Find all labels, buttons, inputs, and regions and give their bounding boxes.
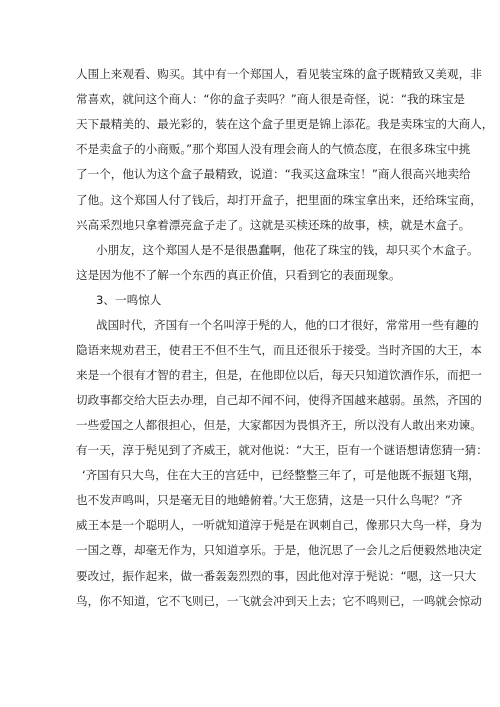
text-line: 常喜欢，就问这个商人：“你的盒子卖吗？”商人很是奇怪，说：“我的珠宝是	[76, 89, 436, 109]
section-heading: 3、一鸣惊人	[96, 290, 456, 310]
text-line: 切政事都交给大臣去办理，自己却不闻不问，使得齐国越来越弱。虽然，齐国的	[76, 390, 436, 410]
text-line: 小朋友，这个郑国人是不是很愚蠢啊，他花了珠宝的钱，却只买个木盒子。	[96, 240, 456, 260]
text-line: 这是因为他不了解一个东西的真正价值，只看到它的表面现象。	[76, 265, 436, 285]
text-line: 要改过，振作起来，做一番轰轰烈烈的事，因此他对淳于髡说：“嗯，这一只大	[76, 566, 436, 586]
text-line: 不是卖盒子的小商贩。”那个郑国人没有理会商人的气愤态度，在很多珠宝中挑	[76, 139, 436, 159]
text-line: 人围上来观看、购买。其中有一个郑国人，看见装宝珠的盒子既精致又美观，非	[76, 64, 436, 84]
text-line: 也不发声鸣叫，只是毫无目的地蜷俯着。’大王您猜，这是一只什么鸟呢？”齐	[76, 490, 436, 510]
text-line: 来是一个很有才智的君主，但是，在他即位以后，每天只知道饮酒作乐，而把一	[76, 365, 436, 385]
text-line: 一些爱国之人都很担心，但是，大家都因为畏惧齐王，所以没有人敢出来劝谏。	[76, 415, 436, 435]
text-line: 兴高采烈地只拿着漂亮盒子走了。这就是买椟还珠的故事，椟，就是木盒子。	[76, 215, 436, 235]
text-line: 战国时代，齐国有一个名叫淳于髡的人，他的口才很好，常常用一些有趣的	[96, 315, 456, 335]
document-page: 人围上来观看、购买。其中有一个郑国人，看见装宝珠的盒子既精致又美观，非 常喜欢，…	[0, 0, 500, 707]
text-line: 威王本是一个聪明人，一听就知道淳于髡是在讽刺自己，像那只大鸟一样，身为	[76, 515, 436, 535]
text-line: 天下最精美的、最光彩的，装在这个盒子里更是锦上添花。我是卖珠宝的大商人，	[76, 114, 436, 134]
text-line: ‘齐国有只大鸟，住在大王的宫廷中，已经整整三年了，可是他既不振翅飞翔，	[82, 465, 442, 485]
text-line: 有一天，淳于髡见到了齐威王，就对他说：“大王，臣有一个谜语想请您猜一猜：	[76, 440, 436, 460]
text-line: 一国之尊，却毫无作为，只知道享乐。于是，他沉思了一会儿之后便毅然地决定	[76, 540, 436, 560]
text-line: 鸟，你不知道，它不飞则已，一飞就会冲到天上去；它不鸣则已，一鸣就会惊动	[76, 591, 436, 611]
text-line: 了一个，他认为这个盒子最精致，说道：“我买这盒珠宝！”商人很高兴地卖给	[76, 164, 436, 184]
text-line: 了他。这个郑国人付了钱后，却打开盒子，把里面的珠宝拿出来，还给珠宝商，	[76, 190, 436, 210]
text-line: 隐语来规劝君王，使君王不但不生气，而且还很乐于接受。当时齐国的大王，本	[76, 340, 436, 360]
